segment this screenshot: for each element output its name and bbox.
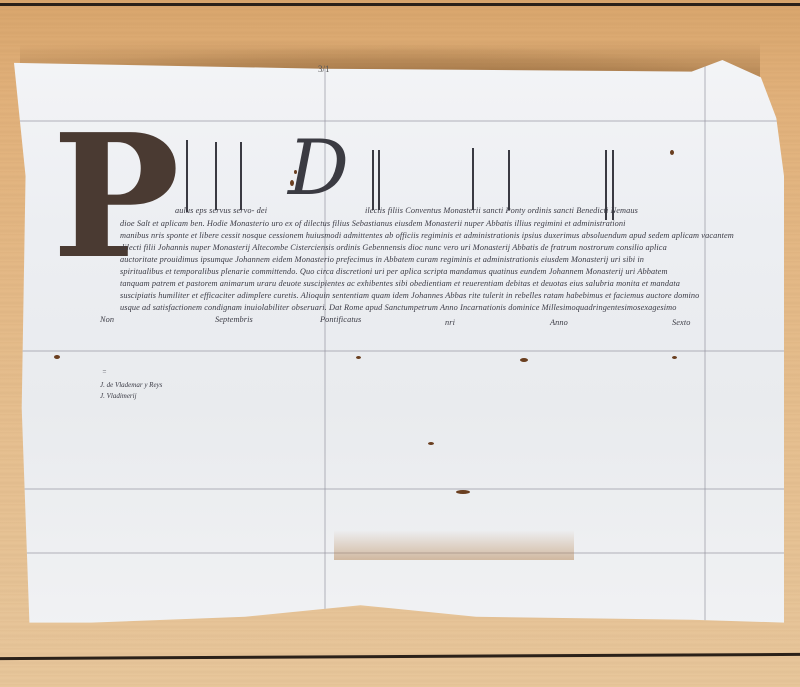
elongated-letter [372, 150, 374, 210]
ink-blot [290, 180, 294, 186]
date-non: Non [100, 315, 114, 324]
heading-text: aulus eps servus servo- dei [175, 206, 267, 215]
date-anno: Anno [550, 318, 568, 327]
text-line-8: usque ad satisfactionem condignam inuiol… [120, 303, 677, 312]
elongated-letter [508, 150, 510, 210]
text-line-4: auctoritate prouidimus ipsumque Johannem… [120, 255, 644, 264]
margin-note: J. Vladimerij [100, 392, 137, 400]
margin-note: J. de Vlademar y Reys [100, 381, 162, 389]
pencil-mark: 3/1 [318, 64, 330, 74]
plank-gap-top [0, 3, 800, 6]
text-line-1: dioe Salt et aplicam ben. Hodie Monaster… [120, 219, 626, 228]
text-line-2: manibus nris sponte et libere cessit nos… [120, 231, 734, 240]
date-nri: nri [445, 318, 455, 327]
ink-blot [294, 170, 297, 174]
date-sexto: Sexto [672, 318, 690, 327]
fold-line [14, 350, 784, 352]
date-pont: Pontificatus [320, 315, 361, 324]
fold-line [14, 488, 784, 490]
wormhole [670, 150, 674, 155]
text-line-6: tanquam patrem et pastorem animarum urar… [120, 279, 680, 288]
text-line-5: spiritualibus et temporalibus plenarie c… [120, 267, 668, 276]
elongated-letter [472, 148, 474, 210]
wormhole [356, 356, 361, 359]
heading-text-right: ilectis filiis Conventus Monasterii sanc… [365, 206, 638, 215]
wormhole [54, 355, 60, 359]
elongated-letter [240, 142, 242, 210]
elongated-letter [215, 142, 217, 210]
text-line-7: suscipiatis humiliter et efficaciter adi… [120, 291, 699, 300]
decorated-initial-d: D [288, 130, 349, 206]
wormhole [456, 490, 470, 494]
wormhole [672, 356, 677, 359]
elongated-letter [186, 140, 188, 212]
elongated-letter [378, 150, 380, 210]
water-stain [334, 530, 574, 560]
text-line-3: dilecti filii Johannis nuper Monasterij … [120, 243, 667, 252]
wormhole [520, 358, 528, 362]
wormhole [428, 442, 434, 445]
margin-note: = [102, 368, 107, 376]
date-month: Septembris [215, 315, 253, 324]
